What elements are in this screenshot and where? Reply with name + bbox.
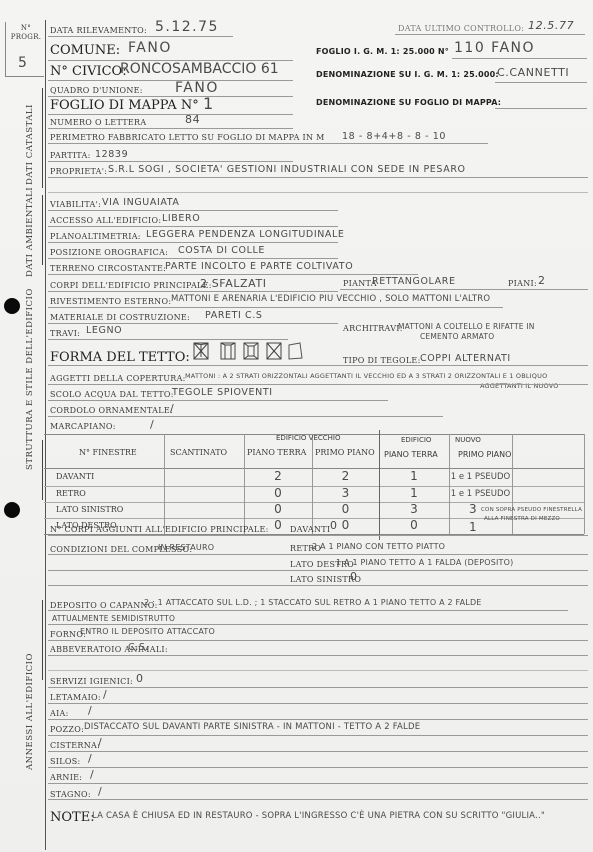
col-nuovo-piano-terra: PIANO TERRA	[384, 450, 438, 459]
roof-shape-2-icon[interactable]	[220, 342, 236, 360]
corpi-aggiunti-label: N° CORPI AGGIUNTI ALL'EDIFICIO PRINCIPAL…	[50, 525, 269, 534]
foglio-mappa-label: FOGLIO DI MAPPA N°	[50, 98, 199, 113]
cordolo-label: CORDOLO ORNAMENTALE:	[50, 406, 173, 415]
condizioni-value[interactable]: IN RESTAURO	[158, 543, 214, 552]
terreno-label: TERRENO CIRCOSTANTE:	[50, 264, 166, 273]
pozzo-label: POZZO:	[50, 725, 84, 734]
planoaltimetria-label: PLANOALTIMETRIA:	[50, 232, 141, 241]
underline	[48, 80, 293, 81]
underline	[48, 585, 588, 586]
servizi-label: SERVIZI IGIENICI:	[50, 677, 133, 686]
terreno-value[interactable]: PARTE INCOLTO E PARTE COLTIVATO	[165, 261, 353, 272]
cell[interactable]: 3	[312, 486, 379, 500]
underline	[48, 36, 233, 37]
underline	[48, 365, 588, 366]
scolo-label: SCOLO ACQUA DAL TETTO:	[50, 390, 174, 399]
arnie-value[interactable]: /	[90, 768, 94, 781]
underline	[48, 274, 418, 275]
data-ultimo-controllo-label: DATA ULTIMO CONTROLLO:	[398, 24, 524, 33]
silos-value[interactable]: /	[88, 752, 92, 765]
section-dati-ambientali: DATI AMBIENTALI	[25, 187, 35, 277]
comune-label: COMUNE:	[50, 43, 120, 58]
comune-value[interactable]: FANO	[128, 40, 172, 56]
data-rilevamento-value[interactable]: 5.12.75	[155, 19, 219, 35]
underline	[48, 570, 588, 571]
travi-value[interactable]: LEGNO	[86, 325, 122, 336]
forno-value[interactable]: ENTRO IL DEPOSITO ATTACCATO	[80, 627, 215, 636]
section-bracket	[42, 440, 43, 500]
letamaio-label: LETAMAIO:	[50, 693, 101, 702]
underline	[48, 735, 588, 736]
group-edificio-nuovo-2: NUOVO	[455, 436, 481, 444]
denom-mappa-label: DENOMINAZIONE SU FOGLIO DI MAPPA:	[316, 98, 501, 107]
col-vecchio-primo-piano: PRIMO PIANO	[315, 448, 375, 457]
deposito-label: DEPOSITO o CAPANNO:	[50, 601, 158, 610]
note-sinistro: CON SOPRA PSEUDO FINESTRELLA	[481, 507, 582, 513]
civico-value[interactable]: RONCOSAMBACCIO 61	[120, 61, 279, 77]
roof-shape-1-crossed-icon[interactable]	[193, 342, 209, 360]
cell[interactable]: 2	[312, 469, 379, 483]
underline	[48, 719, 588, 720]
corpi-value[interactable]: 2 SFALZATI	[200, 277, 267, 290]
section-bracket	[42, 600, 43, 680]
posizione-label: POSIZIONE OROGRAFICA:	[50, 248, 168, 257]
cell[interactable]: 0	[244, 502, 312, 516]
civico-label: N° CIVICO:	[50, 64, 127, 79]
row-label-retro: RETRO	[56, 489, 86, 498]
numero-lettera-value[interactable]: 84	[185, 113, 200, 126]
underline	[48, 416, 443, 417]
underline	[495, 108, 587, 109]
cisterna-value[interactable]: /	[98, 736, 102, 749]
viabilita-label: VIABILITA':	[50, 200, 101, 209]
cell[interactable]: 1 e 1 PSEUDO	[449, 489, 512, 499]
forma-tetto-label: FORMA DEL TETTO:	[50, 350, 190, 365]
davanti-value[interactable]: 0	[330, 519, 338, 532]
finestre-table: N° FINESTRE SCANTINATO EDIFICIO VECCHIO …	[44, 430, 590, 526]
retro-value[interactable]: 2 A 1 PIANO CON TETTO PIATTO	[312, 542, 445, 551]
underline	[48, 670, 588, 671]
travi-label: TRAVI:	[50, 329, 80, 338]
underline	[48, 384, 588, 385]
abbeveratoio-value[interactable]: C.S.	[128, 642, 149, 653]
progr-value: 5	[18, 55, 28, 71]
perimetro-label: PERIMETRO FABBRICATO LETTO SU FOGLIO DI …	[50, 133, 325, 142]
aggetti-value[interactable]: MATTONI : A 2 STRATI ORIZZONTALI AGGETTA…	[185, 372, 547, 380]
architravi-label: ARCHITRAVI:	[343, 324, 403, 333]
underline	[48, 535, 588, 536]
underline	[48, 767, 588, 768]
denom-igm-value[interactable]: C.CANNETTI	[497, 66, 569, 79]
cell[interactable]: 0	[312, 502, 379, 516]
roof-shape-3-icon[interactable]	[243, 342, 259, 360]
partita-label: PARTITA:	[50, 151, 91, 160]
underline	[48, 783, 588, 784]
underline	[48, 177, 588, 178]
pozzo-value[interactable]: DISTACCATO SUL DAVANTI PARTE SINISTRA - …	[84, 722, 420, 732]
underline	[48, 751, 588, 752]
note-label: NOTE:	[50, 810, 95, 825]
architravi-value-1[interactable]: MATTONI A COLTELLO E RIFATTE IN	[398, 322, 535, 331]
underline	[48, 143, 488, 144]
section-bracket	[42, 88, 43, 188]
aia-label: AIA:	[50, 709, 69, 718]
col-vecchio-piano-terra: PIANO TERRA	[247, 448, 306, 457]
underline	[48, 128, 293, 129]
underline	[48, 339, 288, 340]
proprieta-label: PROPRIETA':	[50, 167, 107, 176]
underline	[48, 210, 338, 211]
underline	[48, 687, 588, 688]
roof-shape-5-icon[interactable]	[287, 342, 303, 360]
underline	[48, 655, 588, 656]
survey-form-page: N° PROGR. 5 DATI CATASTALI DATI AMBIENTA…	[0, 0, 593, 852]
planoaltimetria-value[interactable]: LEGGERA PENDENZA LONGITUDINALE	[146, 229, 345, 240]
foglio-igm-label: FOGLIO I. G. M. 1: 25.000 N°	[316, 47, 449, 56]
underline	[395, 34, 585, 35]
section-bracket	[42, 195, 43, 265]
partita-value[interactable]: 12839	[95, 149, 128, 160]
cell[interactable]: 1	[379, 469, 449, 483]
proprieta-value[interactable]: S.R.L SOGI , SOCIETA' GESTIONI INDUSTRIA…	[108, 164, 466, 175]
silos-label: SILOS:	[50, 757, 81, 766]
davanti-label: DAVANTI	[290, 525, 330, 534]
cell[interactable]: 1 e 1 PSEUDO	[449, 472, 512, 482]
underline	[48, 323, 338, 324]
row-label-lato-sinistro: LATO SINISTRO	[56, 505, 123, 514]
progr-label: N° PROGR.	[8, 24, 44, 42]
aia-value[interactable]: /	[88, 704, 92, 717]
tegole-value[interactable]: COPPI ALTERNATI	[420, 353, 511, 364]
col-scantinato: SCANTINATO	[170, 448, 227, 457]
underline	[48, 161, 293, 162]
underline	[48, 114, 293, 115]
cell[interactable]: 0	[379, 518, 449, 532]
tegole-label: TIPO DI TEGOLE:	[343, 356, 421, 365]
underline	[48, 307, 503, 308]
cordolo-value[interactable]: /	[170, 402, 174, 415]
aggetti-label: AGGETTI DELLA COPERTURA:	[50, 374, 186, 383]
underline	[48, 192, 588, 193]
arnie-label: ARNIE:	[50, 773, 82, 782]
rivestimento-label: RIVESTIMENTO ESTERNO:	[50, 297, 171, 306]
quadro-label: QUADRO D'UNIONE:	[50, 86, 143, 95]
cell[interactable]: 1	[469, 520, 477, 534]
stagno-value[interactable]: /	[98, 785, 102, 798]
corpi-label: CORPI DELL'EDIFICIO PRINCIPALE:	[50, 281, 212, 290]
cell[interactable]: 0	[244, 486, 312, 500]
underline	[48, 554, 588, 555]
col-nuovo-primo-piano: PRIMO PIANO	[458, 450, 511, 459]
note-value[interactable]: LA CASA È CHIUSA ED IN RESTAURO - SOPRA …	[92, 811, 545, 821]
scolo-value[interactable]: TEGOLE SPIOVENTI	[172, 387, 273, 398]
deposito-value-2[interactable]: ATTUALMENTE SEMIDISTRUTTO	[52, 614, 175, 623]
underline	[48, 291, 338, 292]
cell[interactable]: 3	[469, 502, 477, 516]
lato-destro-value[interactable]: 1 A 1 PIANO TETTO A 1 FALDA (DEPOSITO)	[336, 558, 513, 567]
architravi-value-2[interactable]: CEMENTO ARMATO	[420, 332, 494, 341]
punch-hole	[4, 502, 20, 518]
underline	[48, 242, 338, 243]
finestre-header: N° FINESTRE	[79, 448, 137, 457]
group-edificio-nuovo-1: EDIFICIO	[401, 436, 431, 444]
underline	[48, 640, 588, 641]
underline	[48, 96, 293, 97]
accesso-value[interactable]: LIBERO	[162, 213, 200, 224]
foglio-mappa-value[interactable]: 1	[203, 94, 215, 113]
underline	[48, 258, 338, 259]
perimetro-value[interactable]: 18 - 8+4+8 - 8 - 10	[342, 131, 446, 142]
cell[interactable]: 3	[379, 502, 449, 516]
underline	[340, 289, 588, 290]
accesso-label: ACCESSO ALL'EDIFICIO:	[50, 216, 161, 225]
section-struttura-stile: STRUTTURA E STILE DELL'EDIFICIO	[25, 288, 35, 470]
underline	[48, 703, 588, 704]
punch-hole	[4, 298, 20, 314]
underline	[48, 799, 588, 800]
underline	[452, 58, 587, 59]
lato-sinistro-value[interactable]: 0	[350, 570, 358, 583]
underline	[48, 624, 588, 625]
cell[interactable]: 1	[379, 486, 449, 500]
roof-shape-4-icon[interactable]	[266, 342, 282, 360]
viabilita-value[interactable]: VIA INGUAIATA	[102, 197, 179, 208]
note-destro: ALLA FINESTRA DI MEZZO	[484, 516, 560, 522]
piani-label: PIANI:	[508, 279, 537, 288]
letamaio-value[interactable]: /	[103, 688, 107, 701]
data-rilevamento-label: DATA RILEVAMENTO:	[50, 26, 147, 35]
foglio-igm-value[interactable]: 110 FANO	[454, 40, 535, 56]
underline	[48, 610, 568, 611]
materiale-label: MATERIALE DI COSTRUZIONE:	[50, 313, 190, 322]
group-edificio-vecchio: EDIFICIO VECCHIO	[276, 434, 340, 442]
section-dati-catastali: DATI CATASTALI	[25, 104, 35, 185]
row-label-davanti: DAVANTI	[56, 472, 94, 481]
data-ultimo-controllo-value[interactable]: 12.5.77	[528, 19, 574, 32]
rivestimento-value[interactable]: MATTONI E ARENARIA L'EDIFICIO PIU VECCHI…	[171, 294, 490, 304]
underline	[48, 226, 338, 227]
servizi-value[interactable]: 0	[136, 672, 144, 685]
underline	[495, 82, 587, 83]
materiale-value[interactable]: PARETI C.S	[205, 310, 263, 321]
section-annessi: ANNESSI ALL'EDIFICIO	[25, 653, 35, 770]
abbeveratoio-label: ABBEVERATOIO ANIMALI:	[50, 645, 168, 654]
denom-igm-label: DENOMINAZIONE SU I. G. M. 1: 25.000:	[316, 70, 499, 79]
cell[interactable]: 2	[244, 469, 312, 483]
deposito-value[interactable]: 2 : 1 ATTACCATO SUL L.D. ; 1 STACCATO SU…	[144, 598, 482, 607]
posizione-value[interactable]: COSTA DI COLLE	[178, 245, 265, 256]
cisterna-label: CISTERNA:	[50, 741, 100, 750]
pianta-value[interactable]: RETTANGOLARE	[372, 276, 456, 287]
stagno-label: STAGNO:	[50, 790, 91, 799]
underline	[48, 400, 388, 401]
piani-value[interactable]: 2	[538, 274, 546, 287]
numero-lettera-label: NUMERO o LETTERA	[50, 118, 146, 127]
